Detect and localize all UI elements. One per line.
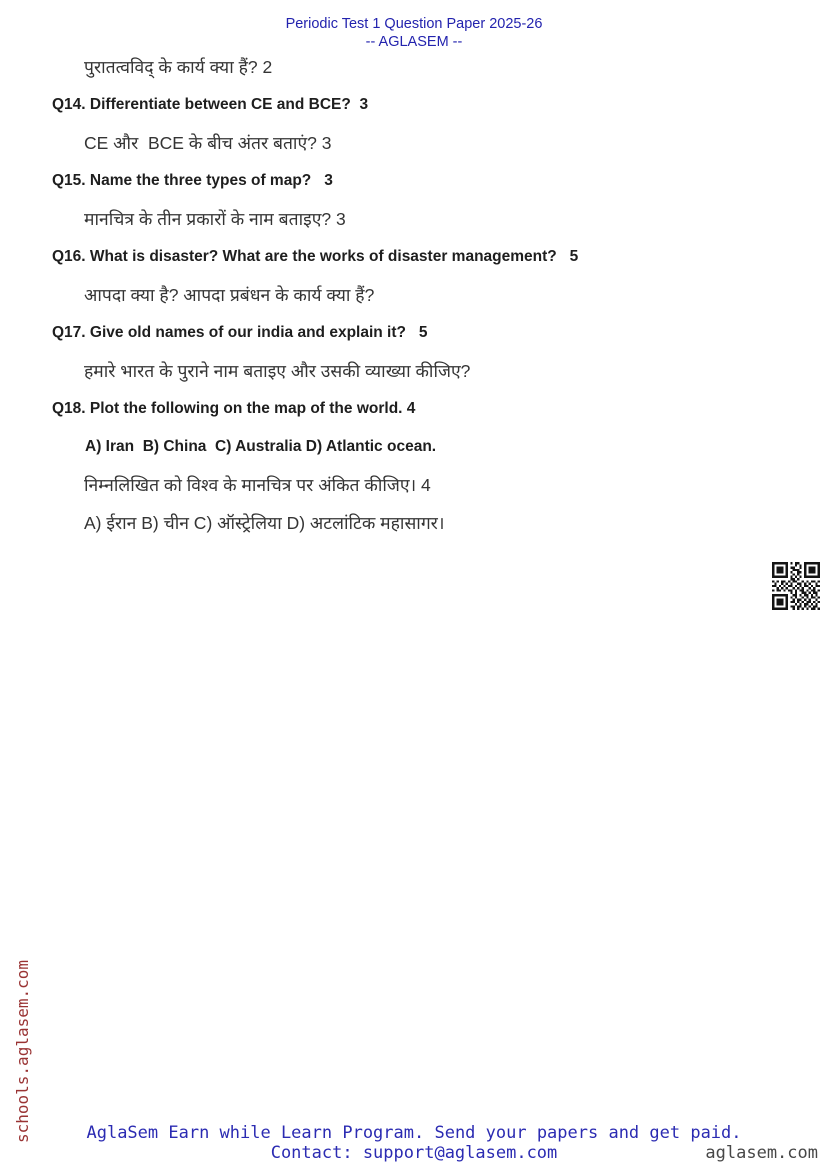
- paper-title: Periodic Test 1 Question Paper 2025-26: [0, 15, 828, 33]
- page-header: Periodic Test 1 Question Paper 2025-26 -…: [0, 15, 828, 51]
- text-line: A) Iran B) China C) Australia D) Atlanti…: [0, 428, 828, 466]
- question-line: Q14. Differentiate between CE and BCE? 3: [0, 86, 828, 124]
- question-line: Q15. Name the three types of map? 3: [0, 162, 828, 200]
- text-line: मानचित्र के तीन प्रकारों के नाम बताइए? 3: [0, 200, 828, 238]
- text-line: आपदा क्या है? आपदा प्रबंधन के कार्य क्या…: [0, 276, 828, 314]
- qr-code-icon: [772, 562, 820, 610]
- question-lines: पुरातत्वविद् के कार्य क्या हैं? 2Q14. Di…: [0, 48, 828, 542]
- footer-site: aglasem.com: [705, 1143, 818, 1163]
- text-line: पुरातत्वविद् के कार्य क्या हैं? 2: [0, 48, 828, 86]
- text-line: A) ईरान B) चीन C) ऑस्ट्रेलिया D) अटलांटि…: [0, 504, 828, 542]
- text-line: हमारे भारत के पुराने नाम बताइए और उसकी व…: [0, 352, 828, 390]
- question-line: Q18. Plot the following on the map of th…: [0, 390, 828, 428]
- text-line: निम्नलिखित को विश्व के मानचित्र पर अंकित…: [0, 466, 828, 504]
- question-line: Q16. What is disaster? What are the work…: [0, 238, 828, 276]
- footer-contact: Contact: support@aglasem.com: [0, 1143, 828, 1163]
- watermark-vertical: schools.aglasem.com: [13, 960, 32, 1143]
- text-line: CE और BCE के बीच अंतर बताएं? 3: [0, 124, 828, 162]
- question-line: Q17. Give old names of our india and exp…: [0, 314, 828, 352]
- footer-program-line: AglaSem Earn while Learn Program. Send y…: [0, 1123, 828, 1143]
